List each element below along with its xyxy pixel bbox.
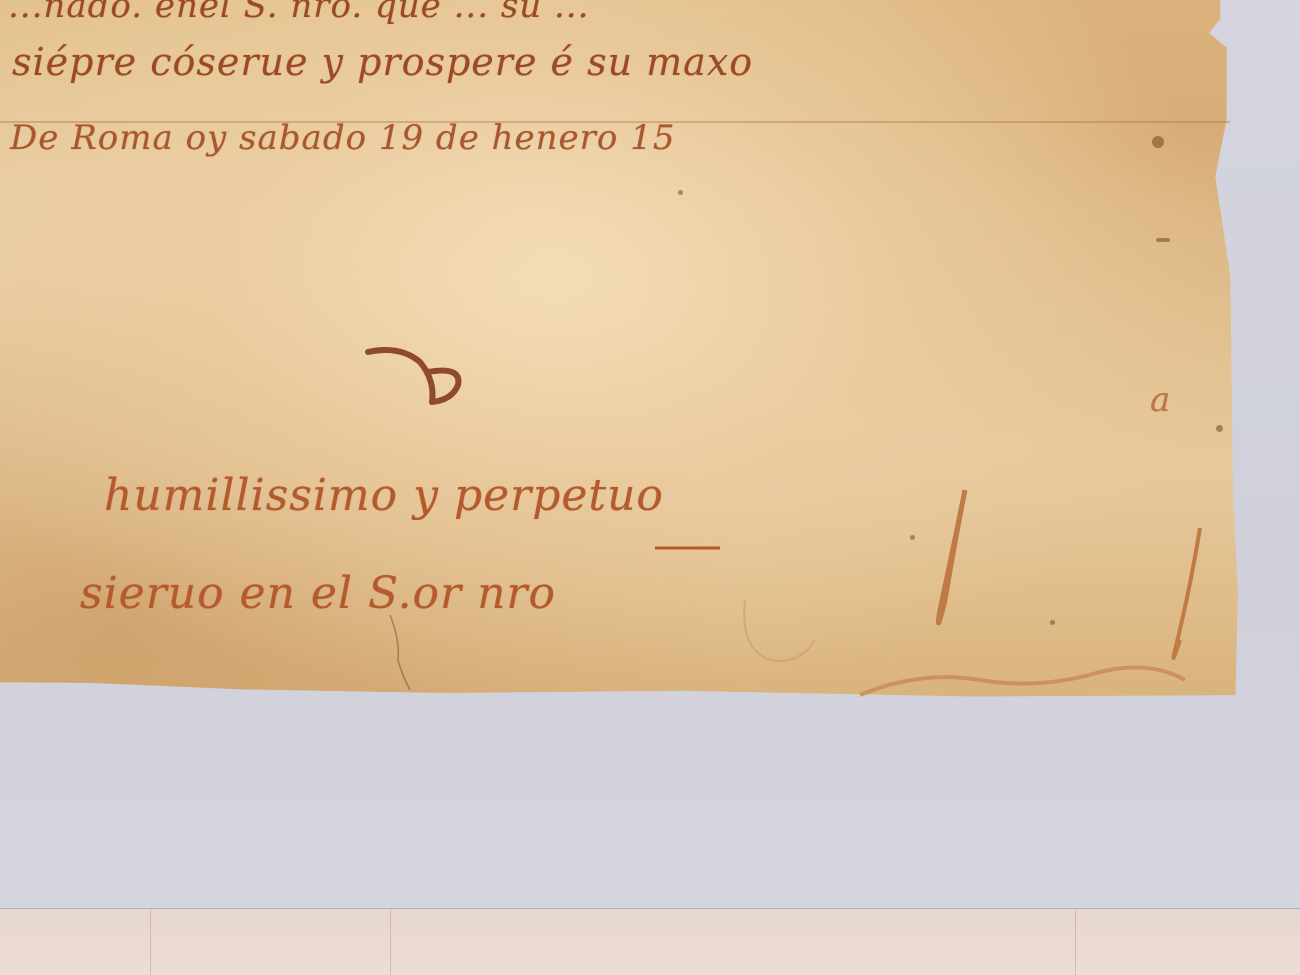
tear-crack — [390, 615, 410, 690]
flourish-mark — [368, 350, 458, 402]
signature-stroke-1 — [938, 490, 965, 623]
signature-stroke-2 — [1173, 528, 1200, 658]
signature-base — [860, 668, 1185, 696]
faint-loop — [744, 600, 815, 661]
signature-flourishes — [0, 0, 1300, 975]
